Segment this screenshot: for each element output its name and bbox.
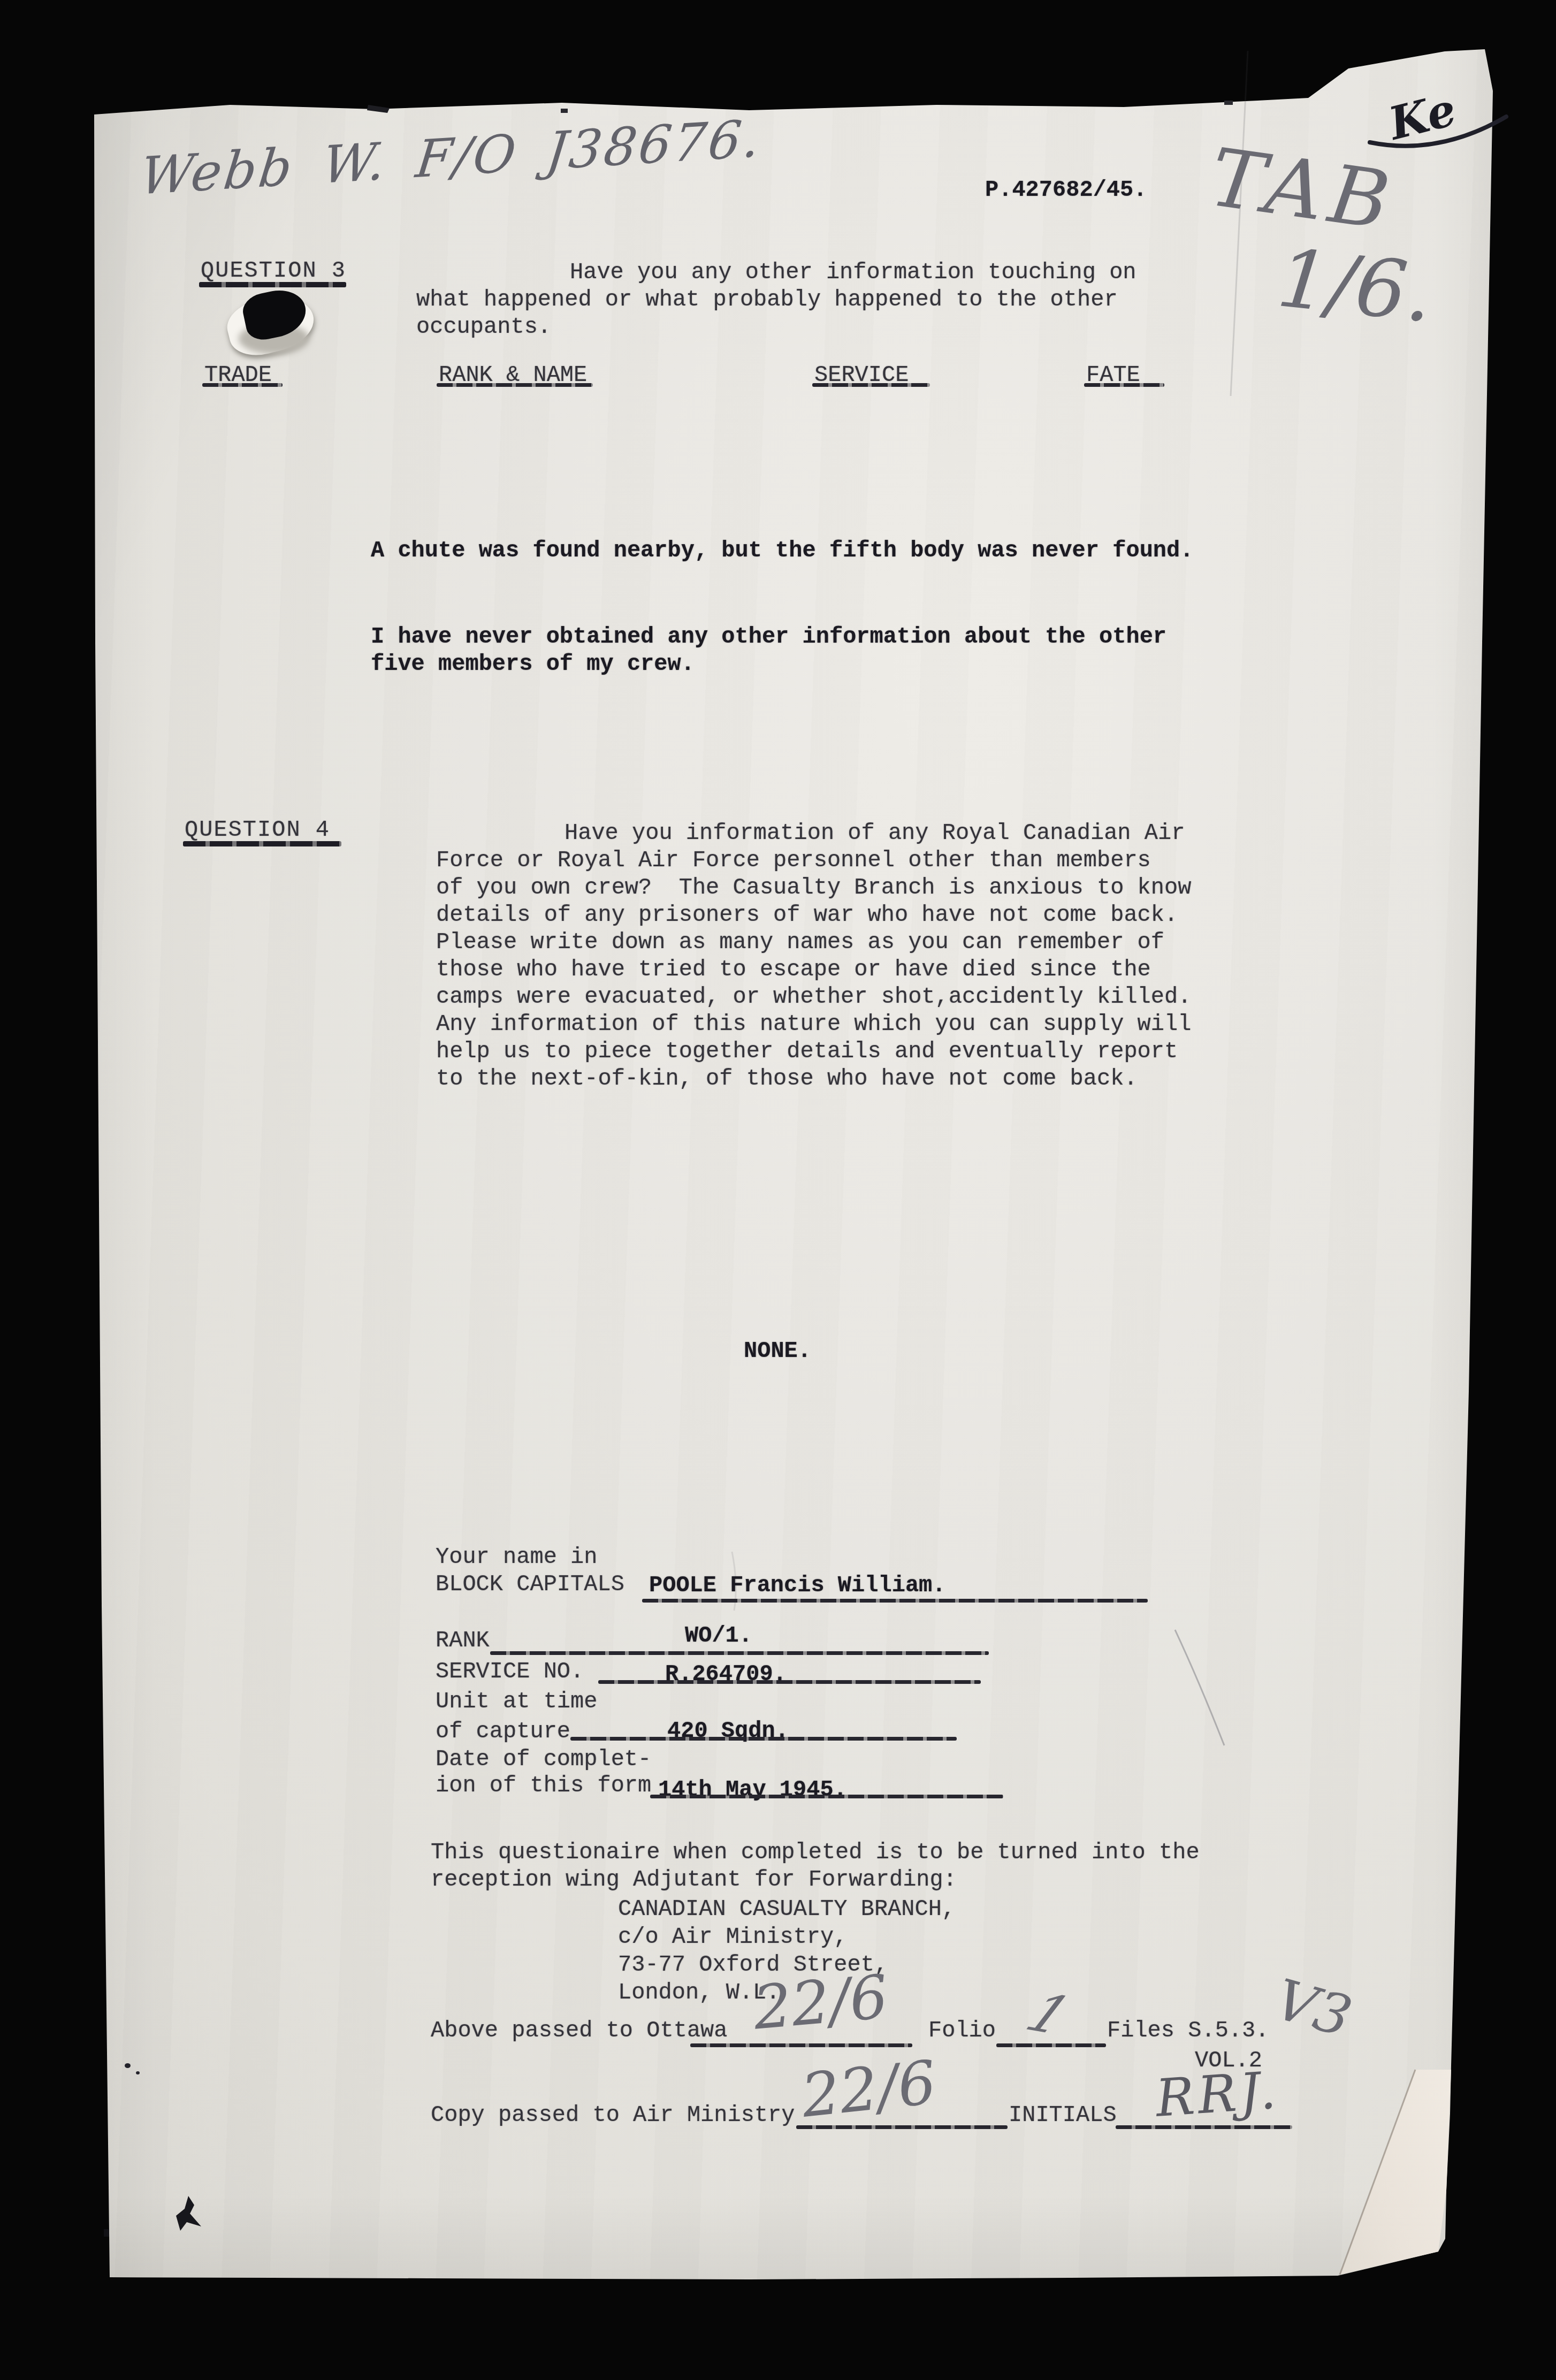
question4-text-line: Please write down as many names as you c… <box>436 930 1164 955</box>
name-field-value: POOLE Francis William. <box>649 1573 946 1598</box>
date-field-label: Date of complet- <box>436 1747 651 1772</box>
question4-text-line: details of any prisoners of war who have… <box>436 903 1178 927</box>
question4-label: QUESTION 4 <box>185 818 330 842</box>
question4-text-line: Have you information of any Royal Canadi… <box>565 821 1185 845</box>
folio-underline <box>996 2043 1106 2047</box>
initials-label: INITIALS <box>1009 2103 1117 2127</box>
question4-text-line: Force or Royal Air Force personnel other… <box>436 848 1151 873</box>
left-edge-nick <box>104 2229 109 2237</box>
copy-routing-label: Copy passed to Air Ministry <box>431 2103 795 2127</box>
question4-text-line: of you own crew? The Casualty Branch is … <box>436 875 1191 900</box>
ink-speck <box>125 2063 131 2068</box>
ink-speck <box>136 2071 140 2074</box>
unit-field-underline <box>570 1737 957 1741</box>
copy-date-handwritten: 22/6 <box>798 2048 940 2131</box>
question4-text-line: camps were evacuated, or whether shot,ac… <box>436 985 1191 1009</box>
rank-field-underline <box>490 1651 989 1655</box>
rank-field-label: RANK <box>436 1628 490 1653</box>
forwarding-instruction-line: reception wing Adjutant for Forwarding: <box>431 1867 957 1892</box>
question3-answer-line: five members of my crew. <box>371 652 695 676</box>
question4-answer-none: NONE. <box>744 1339 811 1363</box>
ottawa-date-underline <box>690 2043 912 2047</box>
files-label: Files S.5.3. <box>1107 2018 1269 2043</box>
forwarding-address-line: c/o Air Ministry, <box>618 1925 847 1949</box>
question4-label-underline <box>183 841 341 846</box>
question3-label: QUESTION 3 <box>201 258 346 283</box>
date-field-value: 14th May 1945. <box>658 1778 847 1802</box>
column-header-underline <box>202 383 283 387</box>
ottawa-routing-label: Above passed to Ottawa <box>431 2018 728 2043</box>
column-header-underline <box>812 383 930 387</box>
photographed-document: Webb W. F/O J38676. P.427682/45. Ke TAB … <box>0 0 1556 2380</box>
date-field-label: ion of this form <box>436 1773 651 1798</box>
question3-text-line: what happened or what probably happened … <box>416 287 1118 312</box>
ottawa-date-handwritten: 22/6 <box>751 1962 891 2043</box>
initials-value-handwritten: RRJ. <box>1154 2060 1280 2129</box>
forwarding-address-line: CANADIAN CASUALTY BRANCH, <box>618 1897 955 1921</box>
name-field-label: BLOCK CAPITALS <box>436 1572 624 1597</box>
file-reference-number: P.427682/45. <box>985 178 1147 202</box>
service-number-label: SERVICE NO. <box>436 1659 584 1684</box>
date-field-underline <box>650 1795 1003 1798</box>
unit-field-label: Unit at time <box>436 1689 597 1714</box>
name-field-underline <box>642 1599 1148 1603</box>
service-number-underline <box>598 1680 981 1684</box>
folio-label: Folio <box>928 2018 996 2043</box>
question4-text-line: to the next-of-kin, of those who have no… <box>436 1066 1138 1091</box>
question3-answer-line: I have never obtained any other informat… <box>371 624 1166 649</box>
question3-label-underline <box>199 282 346 287</box>
initials-underline <box>1116 2125 1292 2129</box>
column-header-underline <box>1084 383 1164 387</box>
question3-text-line: Have you any other information touching … <box>570 260 1137 285</box>
question3-answer-line: A chute was found nearby, but the fifth … <box>371 538 1193 563</box>
question4-text-line: those who have tried to escape or have d… <box>436 957 1151 982</box>
question3-text-line: occupants. <box>416 315 551 339</box>
tab-number-annotation: 1/6. <box>1273 232 1437 340</box>
rank-field-value: WO/1. <box>685 1623 752 1648</box>
copy-date-underline <box>796 2125 1008 2129</box>
column-header-underline <box>437 383 593 387</box>
question4-text-line: help us to piece together details and ev… <box>436 1039 1178 1064</box>
question4-text-line: Any information of this nature which you… <box>436 1012 1191 1036</box>
unit-field-label: of capture <box>436 1719 570 1744</box>
forwarding-instruction-line: This questionaire when completed is to b… <box>431 1840 1200 1865</box>
name-field-label: Your name in <box>436 1545 597 1569</box>
